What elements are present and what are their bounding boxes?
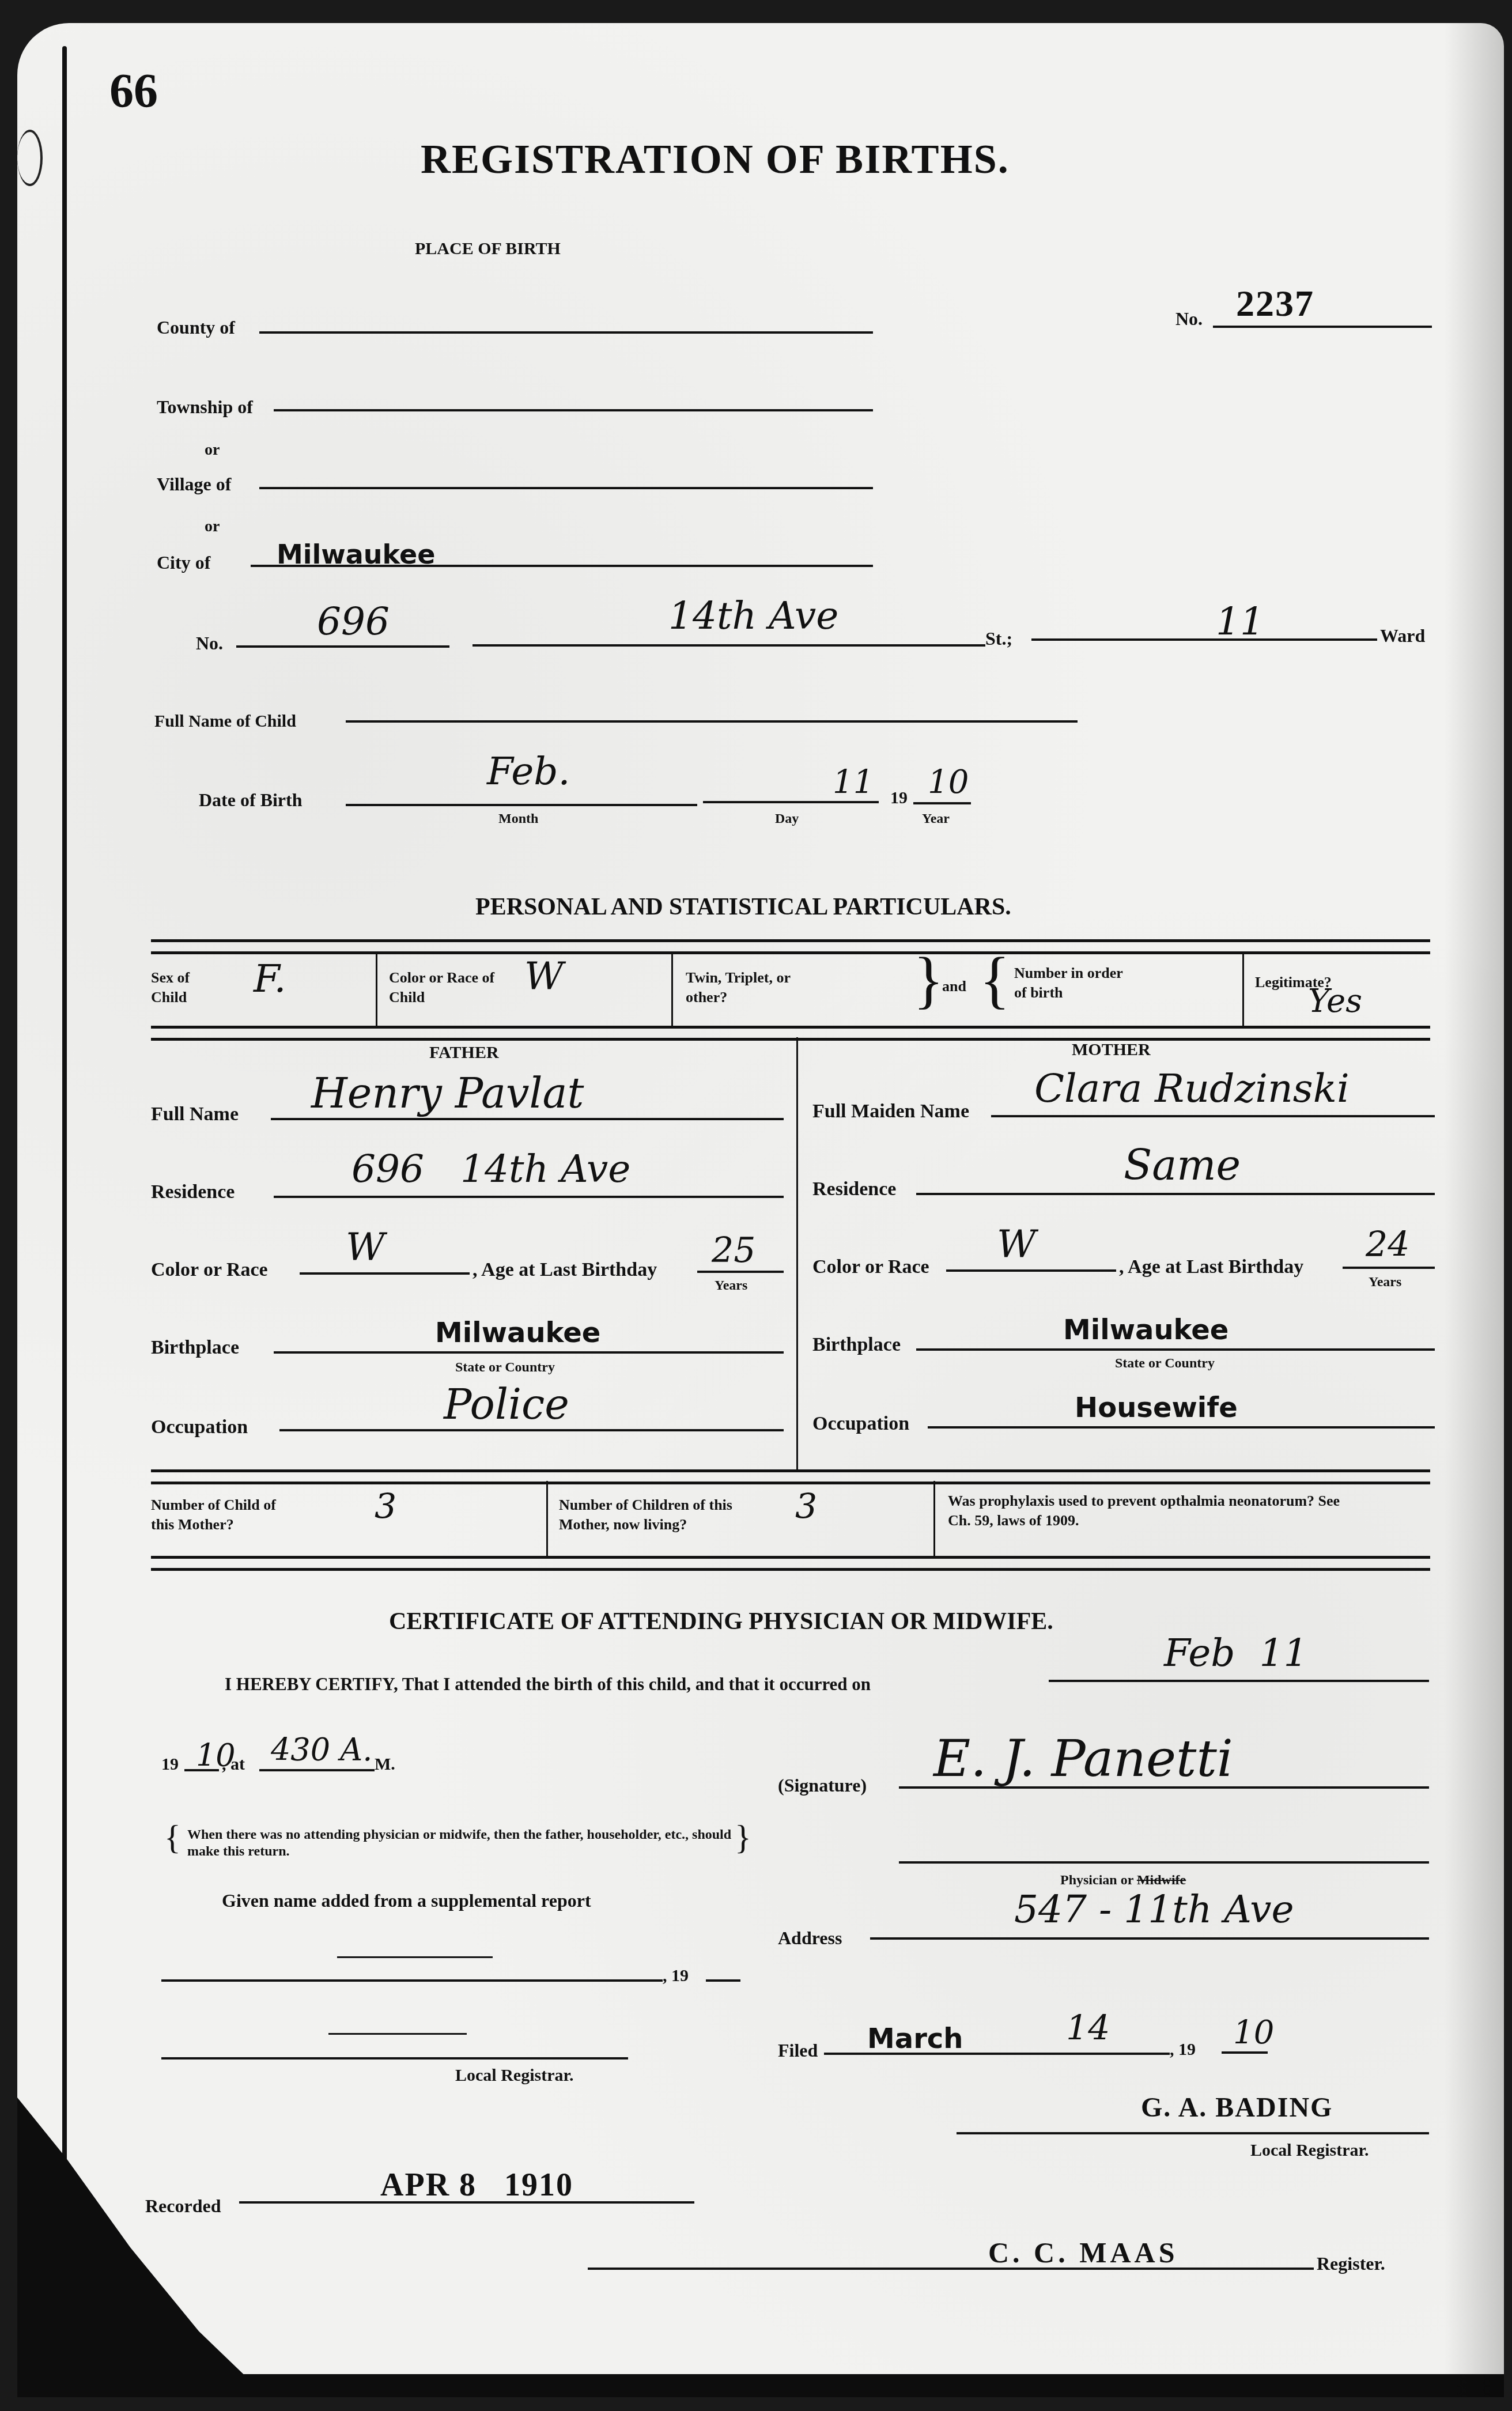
supplemental-date-line[interactable] bbox=[161, 1979, 663, 1982]
filed-year-value: 10 bbox=[1233, 2014, 1274, 2051]
father-age-value: 25 bbox=[712, 1230, 755, 1271]
prophylaxis-label: Was prophylaxis used to prevent opthalmi… bbox=[948, 1491, 1351, 1531]
supplemental-year-prefix: , 19 bbox=[663, 1966, 689, 1986]
mother-occupation-value: Housewife bbox=[1075, 1392, 1238, 1424]
binding-line bbox=[62, 46, 67, 2236]
ward-value: 11 bbox=[1216, 599, 1264, 644]
dob-day-value: 11 bbox=[833, 764, 874, 801]
supplemental-year-line bbox=[706, 1979, 740, 1982]
father-heading: FATHER bbox=[429, 1043, 499, 1063]
ward-label: Ward bbox=[1380, 625, 1425, 647]
children-living-value: 3 bbox=[795, 1487, 817, 1527]
mother-heading: MOTHER bbox=[1072, 1040, 1151, 1060]
register-caption: Register. bbox=[1317, 2253, 1385, 2274]
divider bbox=[671, 954, 673, 1026]
father-occupation-line bbox=[279, 1429, 784, 1431]
birth-time-line bbox=[259, 1769, 375, 1771]
filed-year-prefix: , 19 bbox=[1170, 2040, 1196, 2059]
mother-birthplace-label: Birthplace bbox=[812, 1334, 901, 1356]
page-bottom-edge bbox=[17, 2374, 1504, 2397]
father-name-label: Full Name bbox=[151, 1104, 239, 1125]
local-registrar-caption-left: Local Registrar. bbox=[455, 2066, 574, 2085]
state-country-caption: State or Country bbox=[455, 1360, 555, 1375]
dob-month-line bbox=[346, 804, 697, 806]
brace-right: } bbox=[735, 1820, 751, 1854]
registration-no-label: No. bbox=[1175, 308, 1203, 330]
mother-occupation-line bbox=[928, 1426, 1435, 1429]
mother-age-label: , Age at Last Birthday bbox=[1119, 1256, 1303, 1278]
county-label: County of bbox=[157, 317, 235, 338]
page-number: 66 bbox=[109, 63, 158, 119]
dob-month-value: Feb. bbox=[487, 749, 570, 793]
filed-day-value: 14 bbox=[1066, 2008, 1110, 2049]
at-label: , at bbox=[222, 1755, 245, 1774]
child-race-label: Color or Race of Child bbox=[389, 968, 504, 1007]
pen-stroke bbox=[328, 2033, 467, 2035]
mother-name-value: Clara Rudzinski bbox=[1034, 1066, 1350, 1112]
physician-line bbox=[899, 1861, 1429, 1864]
father-residence-value: 696 14th Ave bbox=[351, 1147, 630, 1191]
registration-no-line bbox=[1213, 326, 1432, 328]
dob-label: Date of Birth bbox=[199, 789, 303, 811]
street-no-line bbox=[236, 645, 449, 648]
mother-residence-line bbox=[916, 1193, 1435, 1195]
divider bbox=[1242, 954, 1244, 1026]
mother-residence-label: Residence bbox=[812, 1178, 896, 1200]
brace-left: { bbox=[164, 1820, 181, 1854]
double-rule bbox=[151, 1026, 1430, 1041]
parents-divider bbox=[796, 1037, 798, 1469]
father-birthplace-label: Birthplace bbox=[151, 1337, 239, 1359]
father-residence-label: Residence bbox=[151, 1181, 235, 1203]
sex-label: Sex of Child bbox=[151, 968, 214, 1007]
child-race-value: W bbox=[524, 954, 564, 998]
signature-line bbox=[899, 1786, 1429, 1789]
father-occupation-value: Police bbox=[444, 1380, 569, 1429]
children-living-label: Number of Children of this Mother, now l… bbox=[559, 1495, 766, 1535]
city-line bbox=[251, 565, 873, 567]
dob-year-value: 10 bbox=[928, 764, 969, 801]
cert-year-prefix: 19 bbox=[161, 1755, 179, 1774]
child-number-value: 3 bbox=[375, 1487, 396, 1527]
child-name-field[interactable] bbox=[346, 720, 1078, 723]
address-line bbox=[870, 1937, 1429, 1940]
dob-year-prefix: 19 bbox=[890, 788, 908, 808]
divider bbox=[546, 1481, 548, 1556]
margin-circle-mark bbox=[17, 130, 43, 186]
local-registrar-line-left bbox=[161, 2057, 628, 2059]
particulars-heading: PERSONAL AND STATISTICAL PARTICULARS. bbox=[475, 893, 1011, 921]
filed-label: Filed bbox=[778, 2040, 818, 2061]
mother-race-label: Color or Race bbox=[812, 1256, 929, 1278]
double-rule bbox=[151, 1556, 1430, 1571]
recorded-line bbox=[239, 2201, 694, 2204]
state-country-caption: State or Country bbox=[1115, 1356, 1215, 1371]
address-value: 547 - 11th Ave bbox=[1014, 1887, 1294, 1932]
address-label: Address bbox=[778, 1928, 842, 1949]
local-registrar-line bbox=[957, 2132, 1429, 2134]
no-physician-note: When there was no attending physician or… bbox=[187, 1827, 740, 1860]
dob-year-line bbox=[913, 802, 971, 804]
certificate-heading: CERTIFICATE OF ATTENDING PHYSICIAN OR MI… bbox=[389, 1608, 1053, 1635]
street-no-label: No. bbox=[196, 633, 223, 654]
birth-time-value: 430 A. bbox=[271, 1732, 372, 1768]
double-rule bbox=[151, 1469, 1430, 1484]
torn-page-corner bbox=[17, 2098, 421, 2397]
township-field[interactable] bbox=[274, 409, 873, 411]
child-name-label: Full Name of Child bbox=[154, 712, 296, 731]
month-caption: Month bbox=[498, 811, 538, 827]
mother-age-line bbox=[1343, 1267, 1435, 1269]
father-birthplace-value: Milwaukee bbox=[435, 1317, 600, 1349]
child-number-label: Number of Child of this Mother? bbox=[151, 1495, 301, 1535]
registration-no-value: 2237 bbox=[1236, 282, 1314, 325]
mother-occupation-label: Occupation bbox=[812, 1413, 909, 1435]
birth-registration-page: 66 REGISTRATION OF BIRTHS. PLACE OF BIRT… bbox=[17, 23, 1504, 2397]
mother-name-line bbox=[991, 1115, 1435, 1117]
year-caption: Year bbox=[922, 811, 950, 827]
township-label: Township of bbox=[157, 396, 253, 418]
or-text: or bbox=[205, 517, 220, 536]
father-race-label: Color or Race bbox=[151, 1259, 268, 1281]
filed-date-line bbox=[824, 2053, 1170, 2055]
twin-label: Twin, Triplet, or other? bbox=[686, 968, 818, 1007]
legitimate-value: Yes bbox=[1308, 982, 1362, 1020]
brace-right: } bbox=[913, 948, 944, 1011]
mother-race-line bbox=[946, 1269, 1116, 1272]
divider bbox=[933, 1481, 935, 1556]
signature-value: E. J. Panetti bbox=[933, 1729, 1233, 1788]
m-label: M. bbox=[375, 1755, 395, 1774]
ward-line bbox=[1031, 638, 1377, 641]
double-rule bbox=[151, 939, 1430, 954]
cert-year-line bbox=[184, 1769, 219, 1771]
father-age-label: , Age at Last Birthday bbox=[472, 1259, 657, 1281]
mother-residence-value: Same bbox=[1124, 1141, 1241, 1189]
mother-birthplace-line bbox=[916, 1348, 1435, 1351]
supplemental-label: Given name added from a supplemental rep… bbox=[222, 1890, 591, 1911]
pen-stroke bbox=[337, 1956, 493, 1958]
recorded-stamp: APR 8 1910 bbox=[380, 2167, 573, 2204]
mother-race-value: W bbox=[997, 1222, 1036, 1266]
document-title: REGISTRATION OF BIRTHS. bbox=[421, 135, 1010, 183]
street-label: St.; bbox=[985, 628, 1012, 649]
birth-order-label: Number in order of birth bbox=[1014, 963, 1129, 1003]
village-field[interactable] bbox=[259, 487, 873, 489]
local-registrar-name: G. A. BADING bbox=[1141, 2092, 1333, 2123]
city-label: City of bbox=[157, 552, 210, 573]
father-name-line bbox=[271, 1118, 784, 1120]
street-line bbox=[472, 644, 985, 647]
day-caption: Day bbox=[775, 811, 799, 827]
father-race-line bbox=[300, 1272, 470, 1275]
street-value: 14th Ave bbox=[668, 594, 838, 638]
dob-day-line bbox=[703, 801, 879, 803]
village-label: Village of bbox=[157, 474, 231, 495]
filed-year-line bbox=[1222, 2051, 1268, 2054]
street-no-value: 696 bbox=[317, 599, 390, 644]
recorded-label: Recorded bbox=[145, 2195, 221, 2217]
father-birthplace-line bbox=[274, 1351, 784, 1354]
brace-left: { bbox=[980, 948, 1010, 1011]
signature-label: (Signature) bbox=[778, 1775, 867, 1796]
county-field[interactable] bbox=[259, 331, 873, 334]
mother-age-value: 24 bbox=[1366, 1225, 1409, 1265]
mother-birthplace-value: Milwaukee bbox=[1063, 1314, 1228, 1346]
certify-text: I HEREBY CERTIFY, That I attended the bi… bbox=[225, 1674, 871, 1695]
occurred-on-value: Feb 11 bbox=[1164, 1631, 1307, 1675]
occurred-on-line bbox=[1049, 1680, 1429, 1682]
filed-month-value: March bbox=[867, 2023, 963, 2055]
father-name-value: Henry Pavlat bbox=[311, 1069, 584, 1117]
father-occupation-label: Occupation bbox=[151, 1416, 248, 1438]
sex-value: F. bbox=[254, 957, 286, 1001]
and-label: and bbox=[942, 977, 966, 996]
divider bbox=[376, 954, 377, 1026]
place-of-birth-heading: PLACE OF BIRTH bbox=[415, 239, 561, 259]
father-race-value: W bbox=[346, 1225, 385, 1269]
years-caption: Years bbox=[715, 1278, 747, 1294]
mother-name-label: Full Maiden Name bbox=[812, 1101, 969, 1123]
register-line bbox=[588, 2268, 1314, 2270]
physician-caption: Physician or Midwife bbox=[1060, 1873, 1186, 1888]
years-caption: Years bbox=[1369, 1275, 1401, 1290]
local-registrar-caption: Local Registrar. bbox=[1250, 2141, 1369, 2160]
father-age-line bbox=[697, 1271, 784, 1273]
or-text: or bbox=[205, 441, 220, 459]
father-residence-line bbox=[274, 1196, 784, 1198]
register-name: C. C. MAAS bbox=[988, 2236, 1178, 2269]
